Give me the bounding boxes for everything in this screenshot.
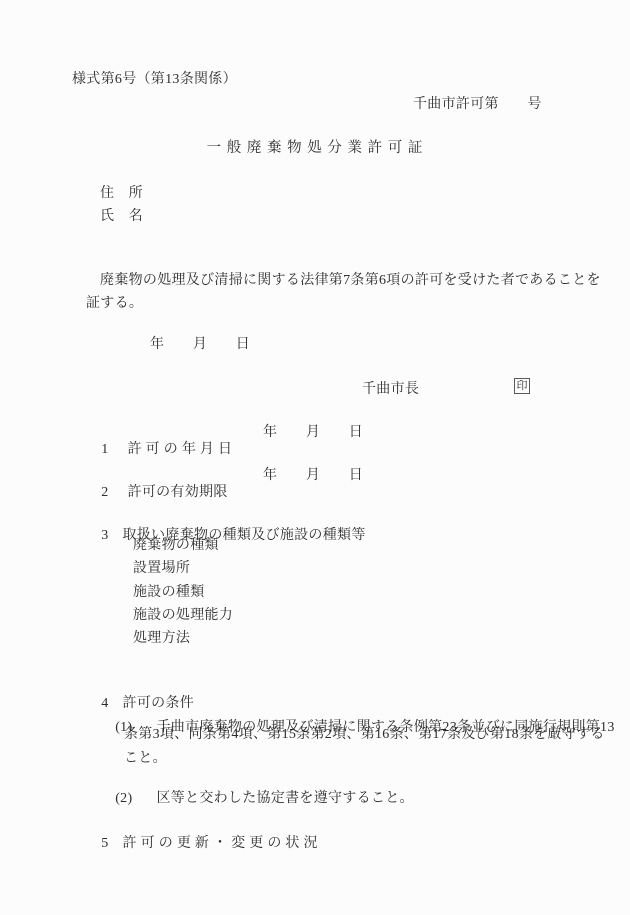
section-1-label: 許 可 の 年 月 日: [128, 442, 233, 457]
certify-text-line1: 廃棄物の処理及び清掃に関する法律第7条第6項の許可を受けた者であることを: [100, 272, 601, 289]
permit-number-line: 千曲市許可第 号: [413, 96, 542, 113]
section-3-subitem-waste-type: 廃棄物の種類: [133, 537, 219, 554]
seal-mark: 印: [514, 378, 530, 394]
condition-2-row: (2)区等と交わした協定書を遵守すること。: [100, 773, 414, 824]
issue-date-line: 年 月 日: [150, 336, 250, 353]
condition-2-text-line1: 区等と交わした協定書を遵守すること。: [156, 791, 413, 806]
section-3-number: 3: [101, 528, 108, 543]
condition-1-text-line3: こと。: [124, 750, 167, 767]
section-5-label: 許 可 の 更 新 ・ 変 更 の 状 況: [123, 836, 318, 851]
section-1-number: 1: [101, 442, 108, 457]
mayor-label: 千曲市長: [362, 381, 419, 398]
section-3-subitem-facility-type: 施設の種類: [133, 584, 205, 601]
certificate-title: 一 般 廃 棄 物 処 分 業 許 可 証: [0, 140, 630, 157]
certify-text-line2: 証する。: [86, 295, 143, 312]
address-label: 住 所: [100, 185, 143, 202]
condition-2-number: (2): [115, 791, 132, 806]
section-5-number: 5: [101, 836, 108, 851]
condition-1-text-line2: 条第3項、同条第4項、第15条第2項、第16条、第17条及び第18条を厳守する: [124, 726, 605, 743]
section-3-subitem-location: 設置場所: [133, 560, 190, 577]
section-5-row: 5許 可 の 更 新 ・ 変 更 の 状 況: [86, 818, 318, 869]
section-1-date-value: 年 月 日: [263, 424, 363, 441]
permit-certificate-page: 様式第6号（第13条関係） 千曲市許可第 号 一 般 廃 棄 物 処 分 業 許…: [0, 0, 630, 915]
form-number: 様式第6号（第13条関係）: [72, 71, 237, 88]
name-label: 氏 名: [100, 208, 143, 225]
section-3-subitem-capacity: 施設の処理能力: [133, 607, 233, 624]
section-2-date-value: 年 月 日: [263, 467, 363, 484]
section-3-subitem-method: 処理方法: [133, 630, 190, 647]
section-2-label: 許可の有効期限: [128, 485, 228, 500]
section-3-row: 3取扱い廃棄物の種類及び施設の種類等: [86, 510, 366, 561]
section-2-number: 2: [101, 485, 108, 500]
